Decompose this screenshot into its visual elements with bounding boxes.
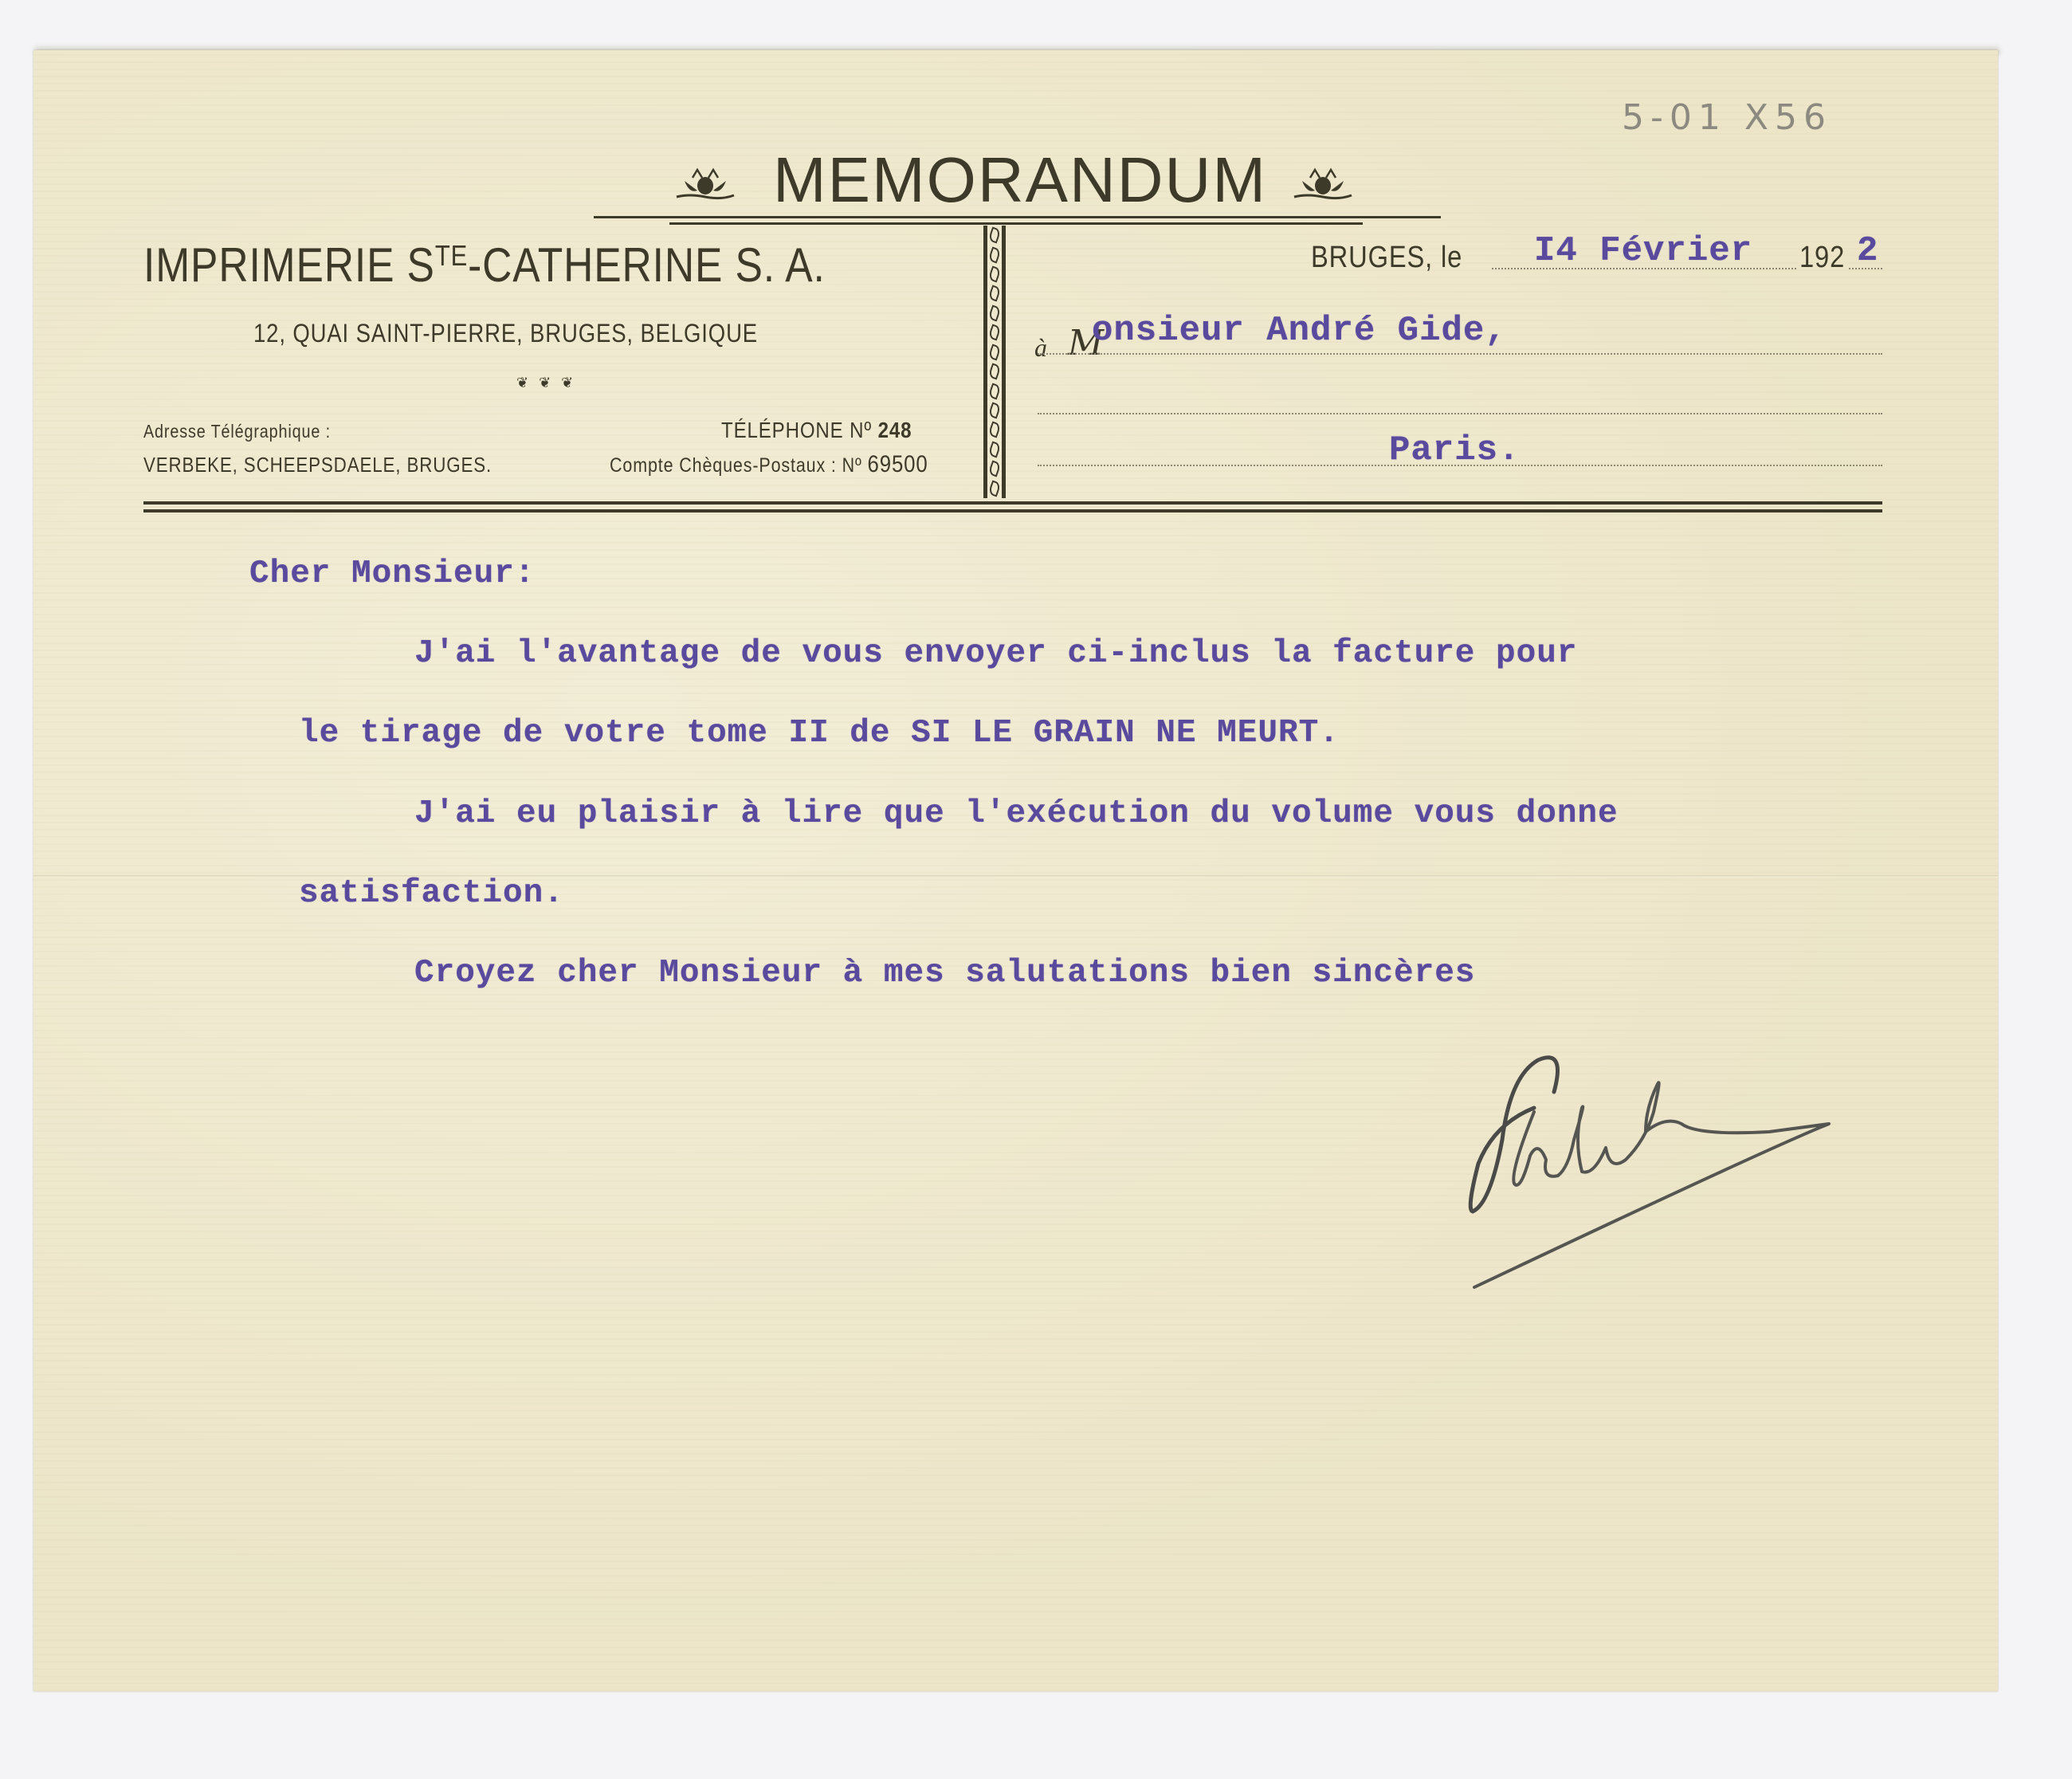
postal-account: Compte Chèques-Postaux : Nº 69500 <box>610 451 928 478</box>
leaf-icon <box>987 461 1001 477</box>
body-line-2: le tirage de votre tome II de SI LE GRAI… <box>299 715 1340 752</box>
typed-recipient-name: onsieur André Gide, <box>1092 311 1507 351</box>
salutation: Cher Monsieur: <box>249 556 535 592</box>
recipient-line-2 <box>1038 413 1882 414</box>
lotus-ornament-left-icon <box>673 163 737 203</box>
leaf-ornament-icon: ❦ ❦ ❦ <box>516 375 576 391</box>
signature-icon <box>1434 1020 1913 1299</box>
leaf-icon <box>987 402 1001 418</box>
letter-sheet <box>33 50 1998 1691</box>
telegraphic-address: VERBEKE, SCHEEPSDAELE, BRUGES. <box>143 453 492 477</box>
leaf-icon <box>987 441 1001 458</box>
leaf-icon <box>987 285 1001 302</box>
company-name: IMPRIMERIE STE-CATHERINE S. A. <box>143 238 826 293</box>
header-rule-second <box>669 222 1363 225</box>
place-label: BRUGES, le <box>1311 241 1462 275</box>
leaf-icon <box>987 422 1001 438</box>
header-rule-top <box>594 216 1441 218</box>
typed-recipient-city: Paris. <box>1389 430 1520 470</box>
lotus-ornament-right-icon <box>1291 163 1355 203</box>
leaf-icon <box>987 227 1001 244</box>
body-line-4: satisfaction. <box>299 875 564 912</box>
closing-line: Croyez cher Monsieur à mes salutations b… <box>414 955 1475 992</box>
leaf-icon <box>987 266 1001 283</box>
telephone: TÉLÉPHONE Nº 248 <box>721 418 912 443</box>
header-rule-bottom-1 <box>143 501 1882 505</box>
telegraphic-label: Adresse Télégraphique : <box>143 421 331 442</box>
archive-mark: 5-01 X56 <box>1622 97 1832 138</box>
leaf-icon <box>987 363 1001 380</box>
recipient-line-1 <box>1038 353 1882 355</box>
year-prefix: 192 <box>1799 241 1845 275</box>
body-line-1: J'ai l'avantage de vous envoyer ci-inclu… <box>414 635 1577 672</box>
leaf-icon <box>987 344 1001 360</box>
leaf-icon <box>987 304 1001 321</box>
ornamental-divider <box>983 226 1006 498</box>
company-address: 12, QUAI SAINT-PIERRE, BRUGES, BELGIQUE <box>253 319 758 348</box>
leaf-icon <box>987 383 1001 399</box>
typed-year-digit: 2 <box>1857 231 1878 271</box>
leaf-icon <box>987 246 1001 263</box>
memo-title: MEMORANDUM <box>773 143 1267 217</box>
typed-date: I4 Février <box>1534 231 1752 271</box>
leaf-icon <box>987 480 1001 497</box>
body-line-3: J'ai eu plaisir à lire que l'exécution d… <box>414 795 1619 832</box>
header-rule-bottom-2 <box>143 509 1882 512</box>
recipient-prefix: à <box>1034 333 1048 363</box>
leaf-icon <box>987 324 1001 341</box>
